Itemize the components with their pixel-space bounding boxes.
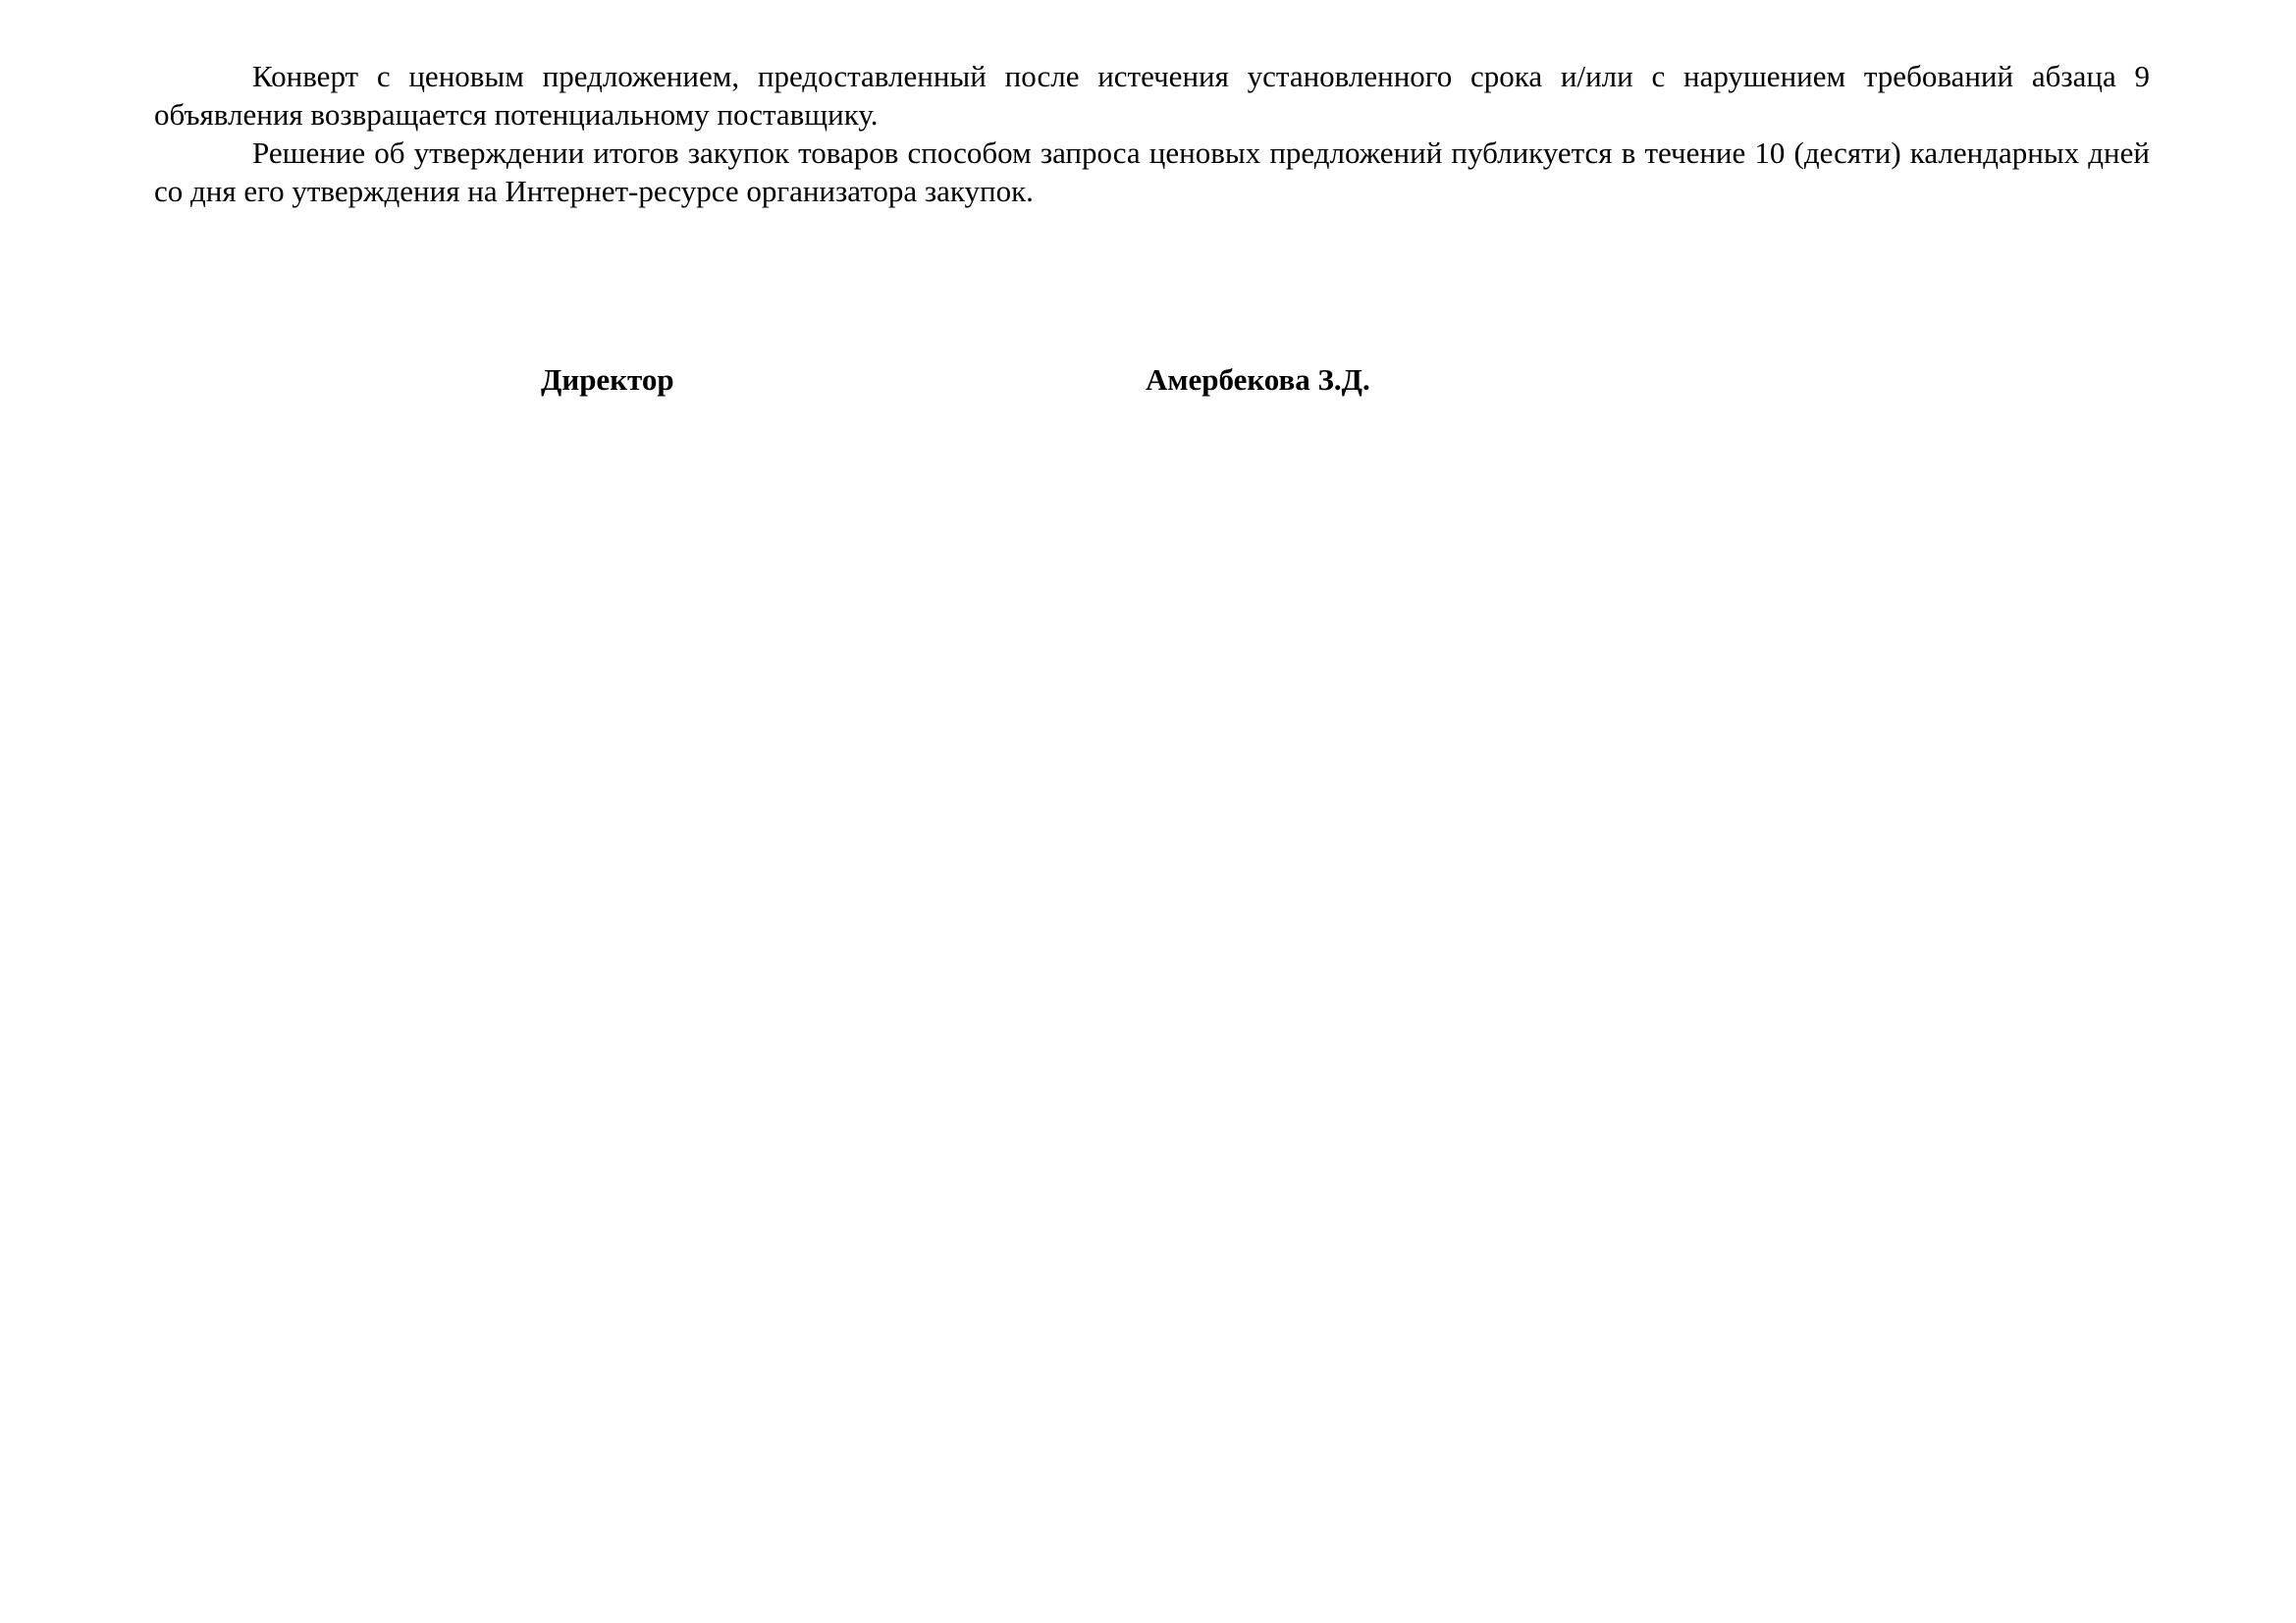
signature-name: Амербекова З.Д. (1146, 360, 1370, 399)
document-page: Конверт с ценовым предложением, предоста… (0, 0, 2296, 1623)
paragraph-late-envelope: Конверт с ценовым предложением, предоста… (154, 57, 2150, 134)
document-body: Конверт с ценовым предложением, предоста… (154, 57, 2150, 210)
signature-title: Директор (541, 360, 674, 399)
paragraph-results-publication: Решение об утверждении итогов закупок то… (154, 134, 2150, 210)
